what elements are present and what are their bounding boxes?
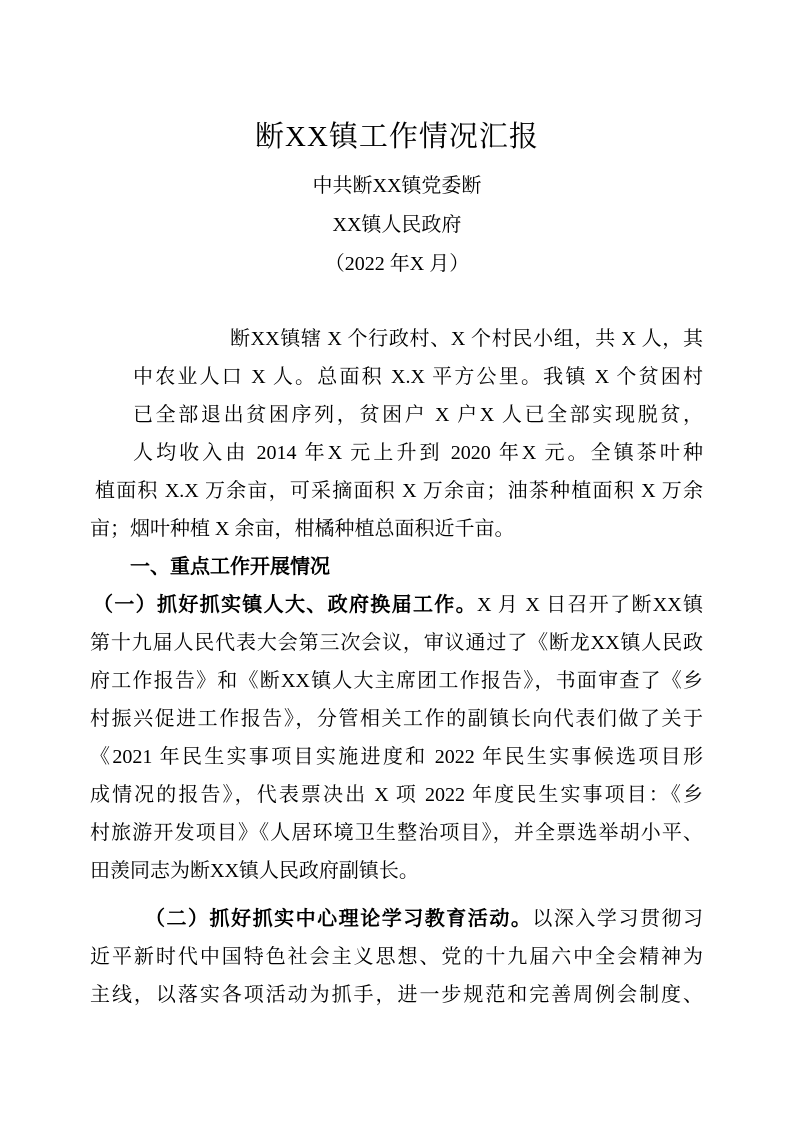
paragraph-line: 近平新时代中国特色社会主义思想、党的十九届六中全会精神为 bbox=[90, 938, 703, 976]
document-byline: 中共断XX镇党委断 XX镇人民政府 （2022 年X 月） bbox=[0, 167, 794, 284]
paragraph-line: 断XX镇辖 X 个行政村、X 个村民小组，共 X 人，其 bbox=[90, 320, 703, 358]
item-one-paragraph: （一）抓好抓实镇人大、政府换届工作。X 月 X 日召开了断XX镇 第十九届人民代… bbox=[90, 586, 703, 890]
item-one-lead-rest: X 月 X 日召开了断XX镇 bbox=[477, 594, 703, 616]
paragraph-line: 亩；烟叶种植 X 余亩，柑橘种植总面积近千亩。 bbox=[90, 510, 703, 548]
paragraph-line: 《2021 年民生实事项目实施进度和 2022 年民生实事候选项目形 bbox=[90, 738, 703, 776]
document-page: 断XX镇工作情况汇报 中共断XX镇党委断 XX镇人民政府 （2022 年X 月）… bbox=[0, 0, 794, 1122]
paragraph-line: 中农业人口 X 人。总面积 X.X 平方公里。我镇 X 个贫困村 bbox=[90, 358, 703, 396]
byline-party-committee: 中共断XX镇党委断 bbox=[0, 167, 794, 206]
document-title: 断XX镇工作情况汇报 bbox=[90, 115, 704, 159]
paragraph-line: 田羡同志为断XX镇人民政府副镇长。 bbox=[90, 852, 703, 890]
item-two-lead-rest: 以深入学习贯彻习 bbox=[532, 908, 703, 930]
intro-paragraph: 断XX镇辖 X 个行政村、X 个村民小组，共 X 人，其 中农业人口 X 人。总… bbox=[90, 320, 703, 548]
paragraph-line: 第十九届人民代表大会第三次会议，审议通过了《断龙XX镇人民政 bbox=[90, 624, 703, 662]
paragraph-line: （一）抓好抓实镇人大、政府换届工作。X 月 X 日召开了断XX镇 bbox=[90, 586, 703, 624]
paragraph-line: 已全部退出贫困序列，贫困户 X 户X 人已全部实现脱贫， bbox=[90, 396, 703, 434]
item-two-paragraph: （二）抓好抓实中心理论学习教育活动。以深入学习贯彻习 近平新时代中国特色社会主义… bbox=[90, 900, 703, 1014]
item-two-lead: （二）抓好抓实中心理论学习教育活动。 bbox=[145, 908, 532, 930]
document-body: 断XX镇辖 X 个行政村、X 个村民小组，共 X 人，其 中农业人口 X 人。总… bbox=[90, 320, 703, 1014]
paragraph-line: 植面积 X.X 万余亩，可采摘面积 X 万余亩；油茶种植面积 X 万余 bbox=[90, 472, 703, 510]
paragraph-line: 人均收入由 2014 年X 元上升到 2020 年X 元。全镇茶叶种 bbox=[90, 434, 703, 472]
paragraph-line: 主线，以落实各项活动为抓手，进一步规范和完善周例会制度、 bbox=[90, 976, 703, 1014]
paragraph-line: （二）抓好抓实中心理论学习教育活动。以深入学习贯彻习 bbox=[90, 900, 703, 938]
byline-date: （2022 年X 月） bbox=[0, 245, 794, 284]
paragraph-line: 府工作报告》和《断XX镇人大主席团工作报告》，书面审查了《乡 bbox=[90, 662, 703, 700]
paragraph-line: 成情况的报告》，代表票决出 X 项 2022 年度民生实事项目：《乡 bbox=[90, 776, 703, 814]
item-one-lead: （一）抓好抓实镇人大、政府换届工作。 bbox=[93, 594, 477, 616]
paragraph-line: 村振兴促进工作报告》，分管相关工作的副镇长向代表们做了关于 bbox=[90, 700, 703, 738]
paragraph-line: 村旅游开发项目》《人居环境卫生整治项目》，并全票选举胡小平、 bbox=[90, 814, 703, 852]
section-one-heading: 一、重点工作开展情况 bbox=[90, 548, 703, 586]
byline-peoples-government: XX镇人民政府 bbox=[0, 206, 794, 245]
